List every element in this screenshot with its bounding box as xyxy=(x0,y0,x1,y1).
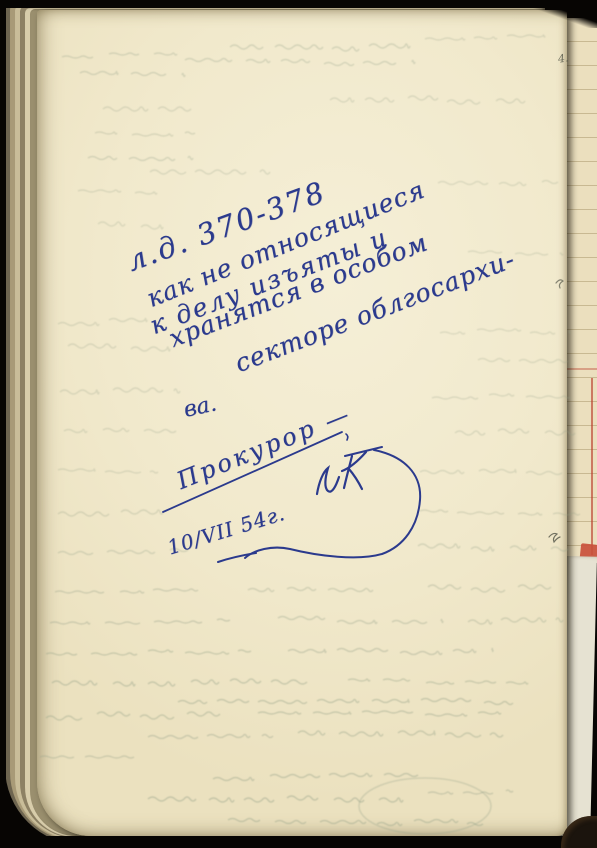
photo-border-corner xyxy=(519,0,597,28)
photo-border xyxy=(0,836,597,848)
photo-border xyxy=(0,0,597,8)
red-margin-line xyxy=(591,378,593,555)
margin-mark: 4. xyxy=(557,51,569,65)
scanned-archive-page: л.д. 370-378 как не относящиеся к делу и… xyxy=(0,0,597,848)
photo-border xyxy=(0,0,6,848)
